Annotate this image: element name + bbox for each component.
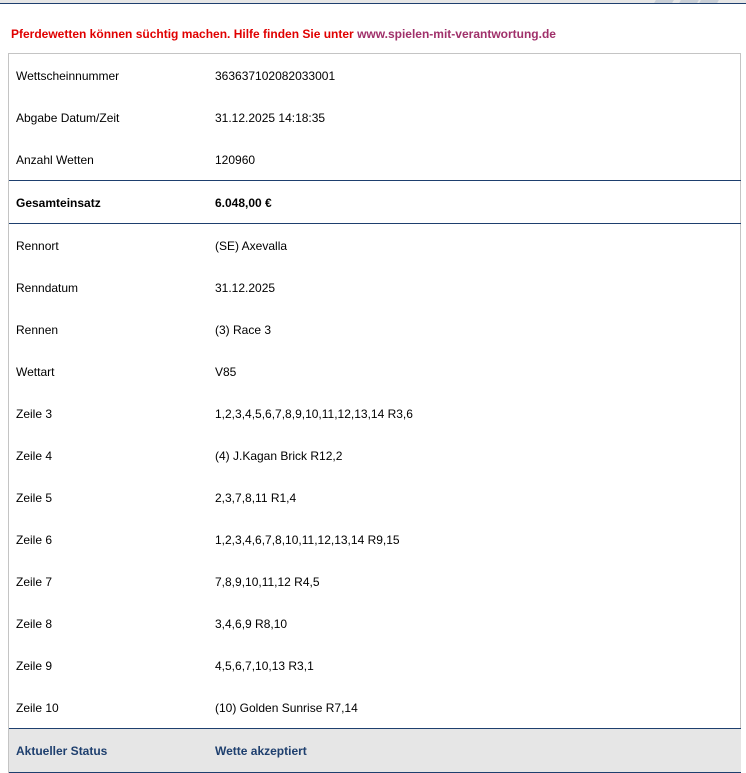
row-label: Zeile 7 — [16, 575, 52, 589]
row-label: Zeile 3 — [16, 407, 52, 421]
row-value: 31.12.2025 — [215, 281, 275, 295]
decorative-stripe — [654, 0, 674, 3]
gambling-warning: Pferdewetten können süchtig machen. Hilf… — [11, 27, 556, 41]
ticket-row-datetime: Abgabe Datum/Zeit 31.12.2025 14:18:35 — [9, 96, 741, 138]
status-row: Aktueller Status Wette akzeptiert — [9, 729, 741, 773]
row-value: 31.12.2025 14:18:35 — [215, 111, 325, 125]
row-value: (4) J.Kagan Brick R12,2 — [215, 449, 342, 463]
ticket-row-bet-type: Wettart V85 — [9, 350, 741, 392]
ticket-row-line-4: Zeile 4 (4) J.Kagan Brick R12,2 — [9, 434, 741, 476]
row-value: (3) Race 3 — [215, 323, 271, 337]
row-value: 3,4,6,9 R8,10 — [215, 617, 287, 631]
row-value: V85 — [215, 365, 236, 379]
row-label: Abgabe Datum/Zeit — [16, 111, 119, 125]
row-value: 120960 — [215, 153, 255, 167]
ticket-row-number: Wettscheinnummer 363637102082033001 — [9, 54, 741, 96]
row-label: Wettart — [16, 365, 54, 379]
row-value: 2,3,7,8,11 R1,4 — [215, 491, 296, 505]
row-value: 7,8,9,10,11,12 R4,5 — [215, 575, 320, 589]
bet-ticket-panel: Wettscheinnummer 363637102082033001 Abga… — [8, 53, 741, 773]
row-value: 6.048,00 € — [215, 196, 272, 210]
row-label: Anzahl Wetten — [16, 153, 94, 167]
row-label: Zeile 10 — [16, 701, 59, 715]
ticket-row-line-10: Zeile 10 (10) Golden Sunrise R7,14 — [9, 686, 741, 728]
row-label: Zeile 5 — [16, 491, 52, 505]
ticket-row-line-3: Zeile 3 1,2,3,4,5,6,7,8,9,10,11,12,13,14… — [9, 392, 741, 434]
row-label: Gesamteinsatz — [16, 196, 101, 210]
ticket-row-track: Rennort (SE) Axevalla — [9, 224, 741, 266]
decorative-stripe — [679, 0, 699, 3]
decorative-stripe — [699, 0, 719, 3]
responsible-gaming-link[interactable]: www.spielen-mit-verantwortung.de — [357, 27, 556, 41]
status-value: Wette akzeptiert — [215, 744, 307, 758]
status-label: Aktueller Status — [16, 744, 107, 758]
ticket-row-race-date: Renndatum 31.12.2025 — [9, 266, 741, 308]
row-value: (SE) Axevalla — [215, 239, 287, 253]
row-label: Zeile 8 — [16, 617, 52, 631]
row-value: (10) Golden Sunrise R7,14 — [215, 701, 358, 715]
ticket-row-bet-count: Anzahl Wetten 120960 — [9, 138, 741, 180]
row-label: Rennort — [16, 239, 59, 253]
row-label: Wettscheinnummer — [16, 69, 119, 83]
ticket-row-line-7: Zeile 7 7,8,9,10,11,12 R4,5 — [9, 560, 741, 602]
top-bar — [0, 0, 746, 4]
ticket-row-line-5: Zeile 5 2,3,7,8,11 R1,4 — [9, 476, 741, 518]
row-label: Renndatum — [16, 281, 78, 295]
ticket-row-race: Rennen (3) Race 3 — [9, 308, 741, 350]
row-value: 1,2,3,4,6,7,8,10,11,12,13,14 R9,15 — [215, 533, 400, 547]
row-label: Zeile 4 — [16, 449, 52, 463]
ticket-row-line-9: Zeile 9 4,5,6,7,10,13 R3,1 — [9, 644, 741, 686]
row-label: Rennen — [16, 323, 58, 337]
row-value: 363637102082033001 — [215, 69, 335, 83]
ticket-row-total-stake: Gesamteinsatz 6.048,00 € — [9, 181, 741, 223]
row-value: 4,5,6,7,10,13 R3,1 — [215, 659, 314, 673]
ticket-row-line-6: Zeile 6 1,2,3,4,6,7,8,10,11,12,13,14 R9,… — [9, 518, 741, 560]
row-value: 1,2,3,4,5,6,7,8,9,10,11,12,13,14 R3,6 — [215, 407, 413, 421]
warning-text: Pferdewetten können süchtig machen. Hilf… — [11, 27, 357, 41]
row-label: Zeile 6 — [16, 533, 52, 547]
ticket-row-line-8: Zeile 8 3,4,6,9 R8,10 — [9, 602, 741, 644]
row-label: Zeile 9 — [16, 659, 52, 673]
